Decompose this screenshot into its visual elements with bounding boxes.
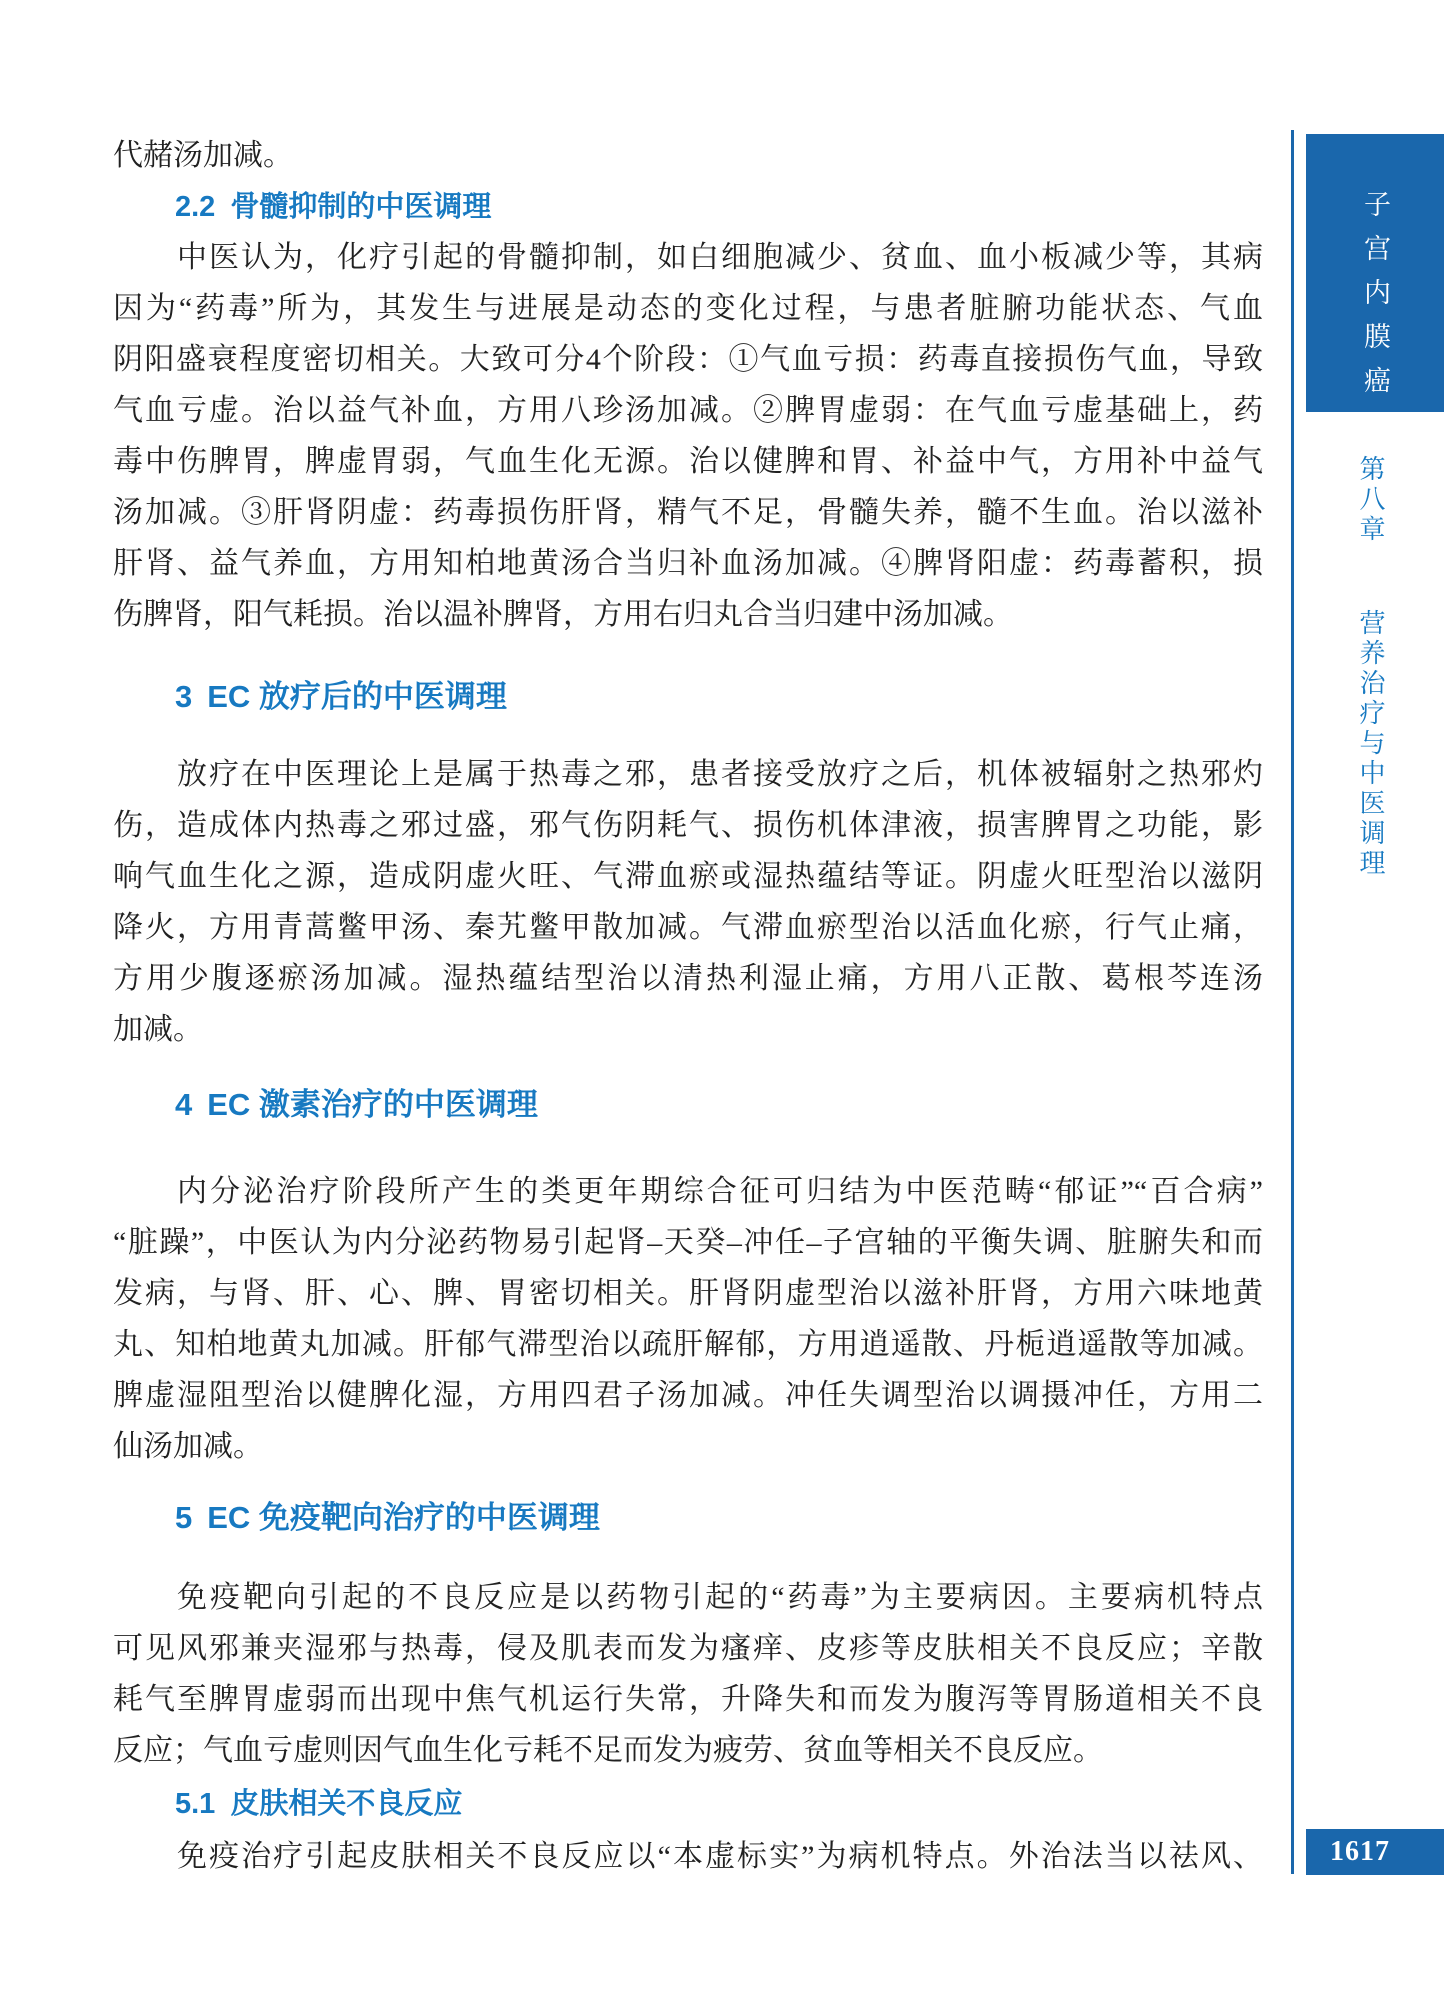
text-line: 方用少腹逐瘀汤加减。湿热蕴结型治以清热利湿止痛，方用八正散、葛根芩连汤 <box>113 953 1263 1004</box>
paragraph-skin-reactions: 免疫治疗引起皮肤相关不良反应以“本虚标实”为病机特点。外治法当以祛风、 <box>113 1831 1263 1882</box>
section-title: 骨髓抑制的中医调理 <box>230 191 491 223</box>
text-line: 免疫治疗引起皮肤相关不良反应以“本虚标实”为病机特点。外治法当以祛风、 <box>113 1831 1263 1882</box>
text-line: “脏躁”，中医认为内分泌药物易引起肾–天癸–冲任–子宫轴的平衡失调、脏腑失和而 <box>113 1217 1263 1268</box>
text-line: 丸、知柏地黄丸加减。肝郁气滞型治以疏肝解郁，方用逍遥散、丹栀逍遥散等加减。 <box>113 1319 1263 1370</box>
text-line: 中医认为，化疗引起的骨髓抑制，如白细胞减少、贫血、血小板减少等，其病 <box>113 232 1263 283</box>
text-line: 代赭汤加减。 <box>113 130 1263 181</box>
chapter-title: 营养治疗与中医调理 <box>1353 609 1390 879</box>
section-heading-3: 3EC 放疗后的中医调理 <box>175 677 507 717</box>
section-number: 3 <box>175 679 192 714</box>
text-line: 气血亏虚。治以益气补血，方用八珍汤加减。②脾胃虚弱：在气血亏虚基础上，药 <box>113 385 1263 436</box>
section-heading-5: 5EC 免疫靶向治疗的中医调理 <box>175 1498 600 1538</box>
text-line: 内分泌治疗阶段所产生的类更年期综合征可归结为中医范畴“郁证”“百合病” <box>113 1166 1263 1217</box>
paragraph-radiotherapy: 放疗在中医理论上是属于热毒之邪，患者接受放疗之后，机体被辐射之热邪灼伤，造成体内… <box>113 749 1263 1055</box>
paragraph-bone-marrow: 中医认为，化疗引起的骨髓抑制，如白细胞减少、贫血、血小板减少等，其病因为“药毒”… <box>113 232 1263 640</box>
chapter-number: 第八章 <box>1353 455 1390 545</box>
text-line: 反应；气血亏虚则因气血生化亏耗不足而发为疲劳、贫血等相关不良反应。 <box>113 1725 1263 1776</box>
text-line: 加减。 <box>113 1004 1263 1055</box>
text-line: 仙汤加减。 <box>113 1421 1263 1472</box>
section-number: 5.1 <box>175 1788 215 1820</box>
sidebar-tab-label: 子宫内膜癌 <box>1356 190 1395 410</box>
sidebar-divider-line <box>1291 130 1294 1874</box>
section-number: 5 <box>175 1500 192 1535</box>
section-number: 4 <box>175 1087 192 1122</box>
text-line: 阴阳盛衰程度密切相关。大致可分4个阶段：①气血亏损：药毒直接损伤气血，导致 <box>113 334 1263 385</box>
text-line: 响气血生化之源，造成阴虚火旺、气滞血瘀或湿热蕴结等证。阴虚火旺型治以滋阴 <box>113 851 1263 902</box>
book-page: 代赭汤加减。 2.2骨髓抑制的中医调理 中医认为，化疗引起的骨髓抑制，如白细胞减… <box>0 0 1444 2010</box>
text-line: 汤加减。③肝肾阴虚：药毒损伤肝肾，精气不足，骨髓失养，髓不生血。治以滋补 <box>113 487 1263 538</box>
page-number: 1617 <box>1330 1836 1390 1868</box>
section-heading-4: 4EC 激素治疗的中医调理 <box>175 1085 538 1125</box>
text-line: 脾虚湿阻型治以健脾化湿，方用四君子汤加减。冲任失调型治以调摄冲任，方用二 <box>113 1370 1263 1421</box>
section-number: 2.2 <box>175 191 215 223</box>
text-line: 可见风邪兼夹湿邪与热毒，侵及肌表而发为瘙痒、皮疹等皮肤相关不良反应；辛散 <box>113 1623 1263 1674</box>
text-line: 因为“药毒”所为，其发生与进展是动态的变化过程，与患者脏腑功能状态、气血 <box>113 283 1263 334</box>
section-title: 皮肤相关不良反应 <box>230 1788 462 1820</box>
paragraph-immunotherapy: 免疫靶向引起的不良反应是以药物引起的“药毒”为主要病因。主要病机特点可见风邪兼夹… <box>113 1572 1263 1776</box>
text-line: 伤脾肾，阳气耗损。治以温补脾肾，方用右归丸合当归建中汤加减。 <box>113 589 1263 640</box>
text-line: 降火，方用青蒿鳖甲汤、秦艽鳖甲散加减。气滞血瘀型治以活血化瘀，行气止痛， <box>113 902 1263 953</box>
text-line: 发病，与肾、肝、心、脾、胃密切相关。肝肾阴虚型治以滋补肝肾，方用六味地黄 <box>113 1268 1263 1319</box>
text-line: 毒中伤脾胃，脾虚胃弱，气血生化无源。治以健脾和胃、补益中气，方用补中益气 <box>113 436 1263 487</box>
text-line: 肝肾、益气养血，方用知柏地黄汤合当归补血汤加减。④脾肾阳虚：药毒蓄积，损 <box>113 538 1263 589</box>
text-line: 伤，造成体内热毒之邪过盛，邪气伤阴耗气、损伤机体津液，损害脾胃之功能，影 <box>113 800 1263 851</box>
section-heading-5-1: 5.1皮肤相关不良反应 <box>175 1784 462 1824</box>
text-line: 放疗在中医理论上是属于热毒之邪，患者接受放疗之后，机体被辐射之热邪灼 <box>113 749 1263 800</box>
sidebar-chapter: 第八章营养治疗与中医调理 <box>1353 455 1390 879</box>
section-title: EC 免疫靶向治疗的中医调理 <box>207 1500 600 1535</box>
text-line: 耗气至脾胃虚弱而出现中焦气机运行失常，升降失和而发为腹泻等胃肠道相关不良 <box>113 1674 1263 1725</box>
section-heading-2-2: 2.2骨髓抑制的中医调理 <box>175 187 491 227</box>
text-line: 免疫靶向引起的不良反应是以药物引起的“药毒”为主要病因。主要病机特点 <box>113 1572 1263 1623</box>
paragraph-hormone-therapy: 内分泌治疗阶段所产生的类更年期综合征可归结为中医范畴“郁证”“百合病”“脏躁”，… <box>113 1166 1263 1472</box>
paragraph-continuation: 代赭汤加减。 <box>113 130 1263 181</box>
section-title: EC 放疗后的中医调理 <box>207 679 507 714</box>
page-number-badge: 1617 <box>1306 1829 1444 1875</box>
section-title: EC 激素治疗的中医调理 <box>207 1087 538 1122</box>
